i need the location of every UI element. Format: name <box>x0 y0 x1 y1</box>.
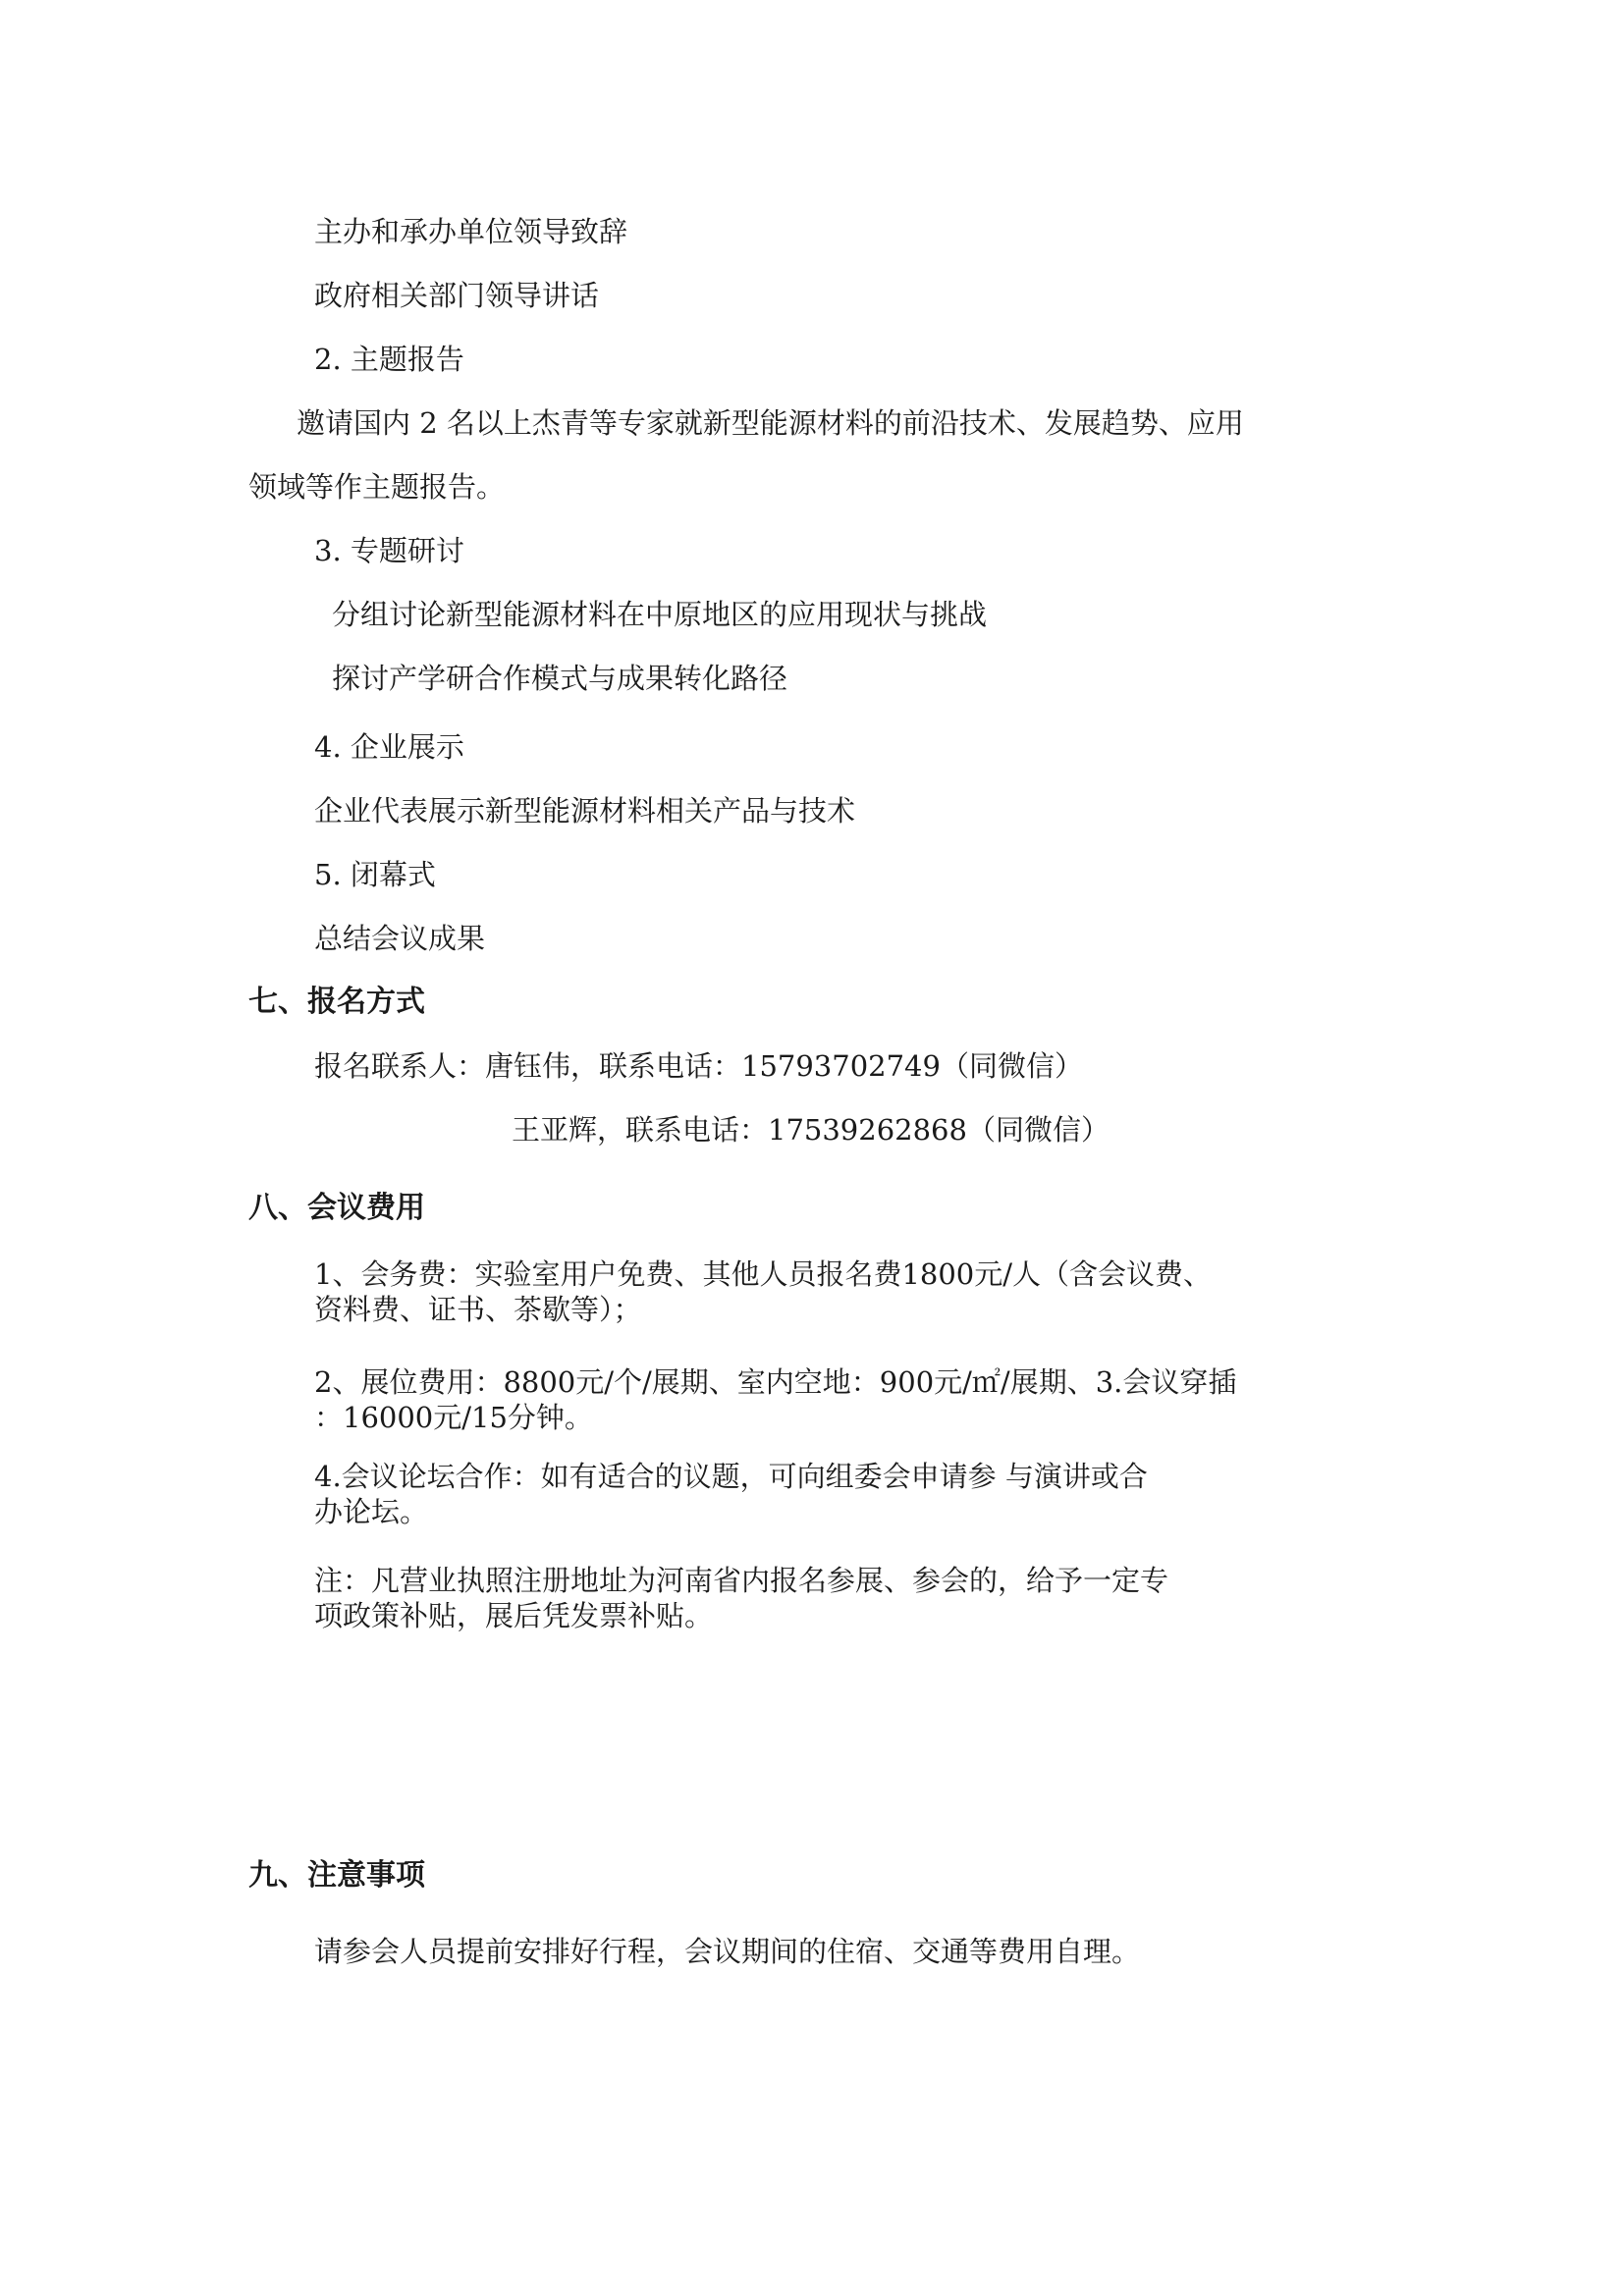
fee-4-line-1: 4.会议论坛合作：如有适合的议题，可向组委会申请参 与演讲或合 <box>314 1459 1148 1494</box>
item-2-line-2: 领域等作主题报告。 <box>248 469 505 505</box>
fee-1-line-2: 资料费、证书、茶歇等）； <box>314 1292 642 1327</box>
note-line-1: 注：凡营业执照注册地址为河南省内报名参展、参会的，给予一定专 <box>314 1563 1168 1598</box>
item-4-title: 4. 企业展示 <box>314 729 464 765</box>
opening-item-2: 政府相关部门领导讲话 <box>314 278 599 313</box>
item-3-title: 3. 专题研讨 <box>314 533 464 568</box>
item-3-line-1: 分组讨论新型能源材料在中原地区的应用现状与挑战 <box>332 597 987 632</box>
fee-2-line-2: ：16000元/15分钟。 <box>314 1400 593 1435</box>
fee-1-line-1: 1、会务费：实验室用户免费、其他人员报名费1800元/人（含会议费、 <box>314 1256 1212 1292</box>
item-3-line-2: 探讨产学研合作模式与成果转化路径 <box>332 661 787 696</box>
section-7-heading: 七、报名方式 <box>248 985 425 1020</box>
section-9-heading: 九、注意事项 <box>248 1858 425 1894</box>
section-8-heading: 八、会议费用 <box>248 1191 425 1226</box>
item-4-line: 企业代表展示新型能源材料相关产品与技术 <box>314 793 855 828</box>
opening-item-1: 主办和承办单位领导致辞 <box>314 214 627 249</box>
note-line-2: 项政策补贴，展后凭发票补贴。 <box>314 1598 713 1633</box>
contact-1: 报名联系人：唐钰伟，联系电话：15793702749（同微信） <box>314 1048 1083 1084</box>
section-9-text: 请参会人员提前安排好行程，会议期间的住宿、交通等费用自理。 <box>314 1934 1140 1969</box>
item-2-title: 2. 主题报告 <box>314 342 464 377</box>
fee-2-line-1: 2、展位费用：8800元/个/展期、室内空地：900元/㎡/展期、3.会议穿插 <box>314 1364 1236 1400</box>
contact-2: 王亚辉，联系电话：17539262868（同微信） <box>512 1112 1110 1148</box>
item-2-line-1: 邀请国内 2 名以上杰青等专家就新型能源材料的前沿技术、发展趋势、应用 <box>297 405 1244 441</box>
fee-4-line-2: 办论坛。 <box>314 1494 428 1529</box>
item-5-title: 5. 闭幕式 <box>314 857 436 892</box>
item-5-line: 总结会议成果 <box>314 921 485 956</box>
